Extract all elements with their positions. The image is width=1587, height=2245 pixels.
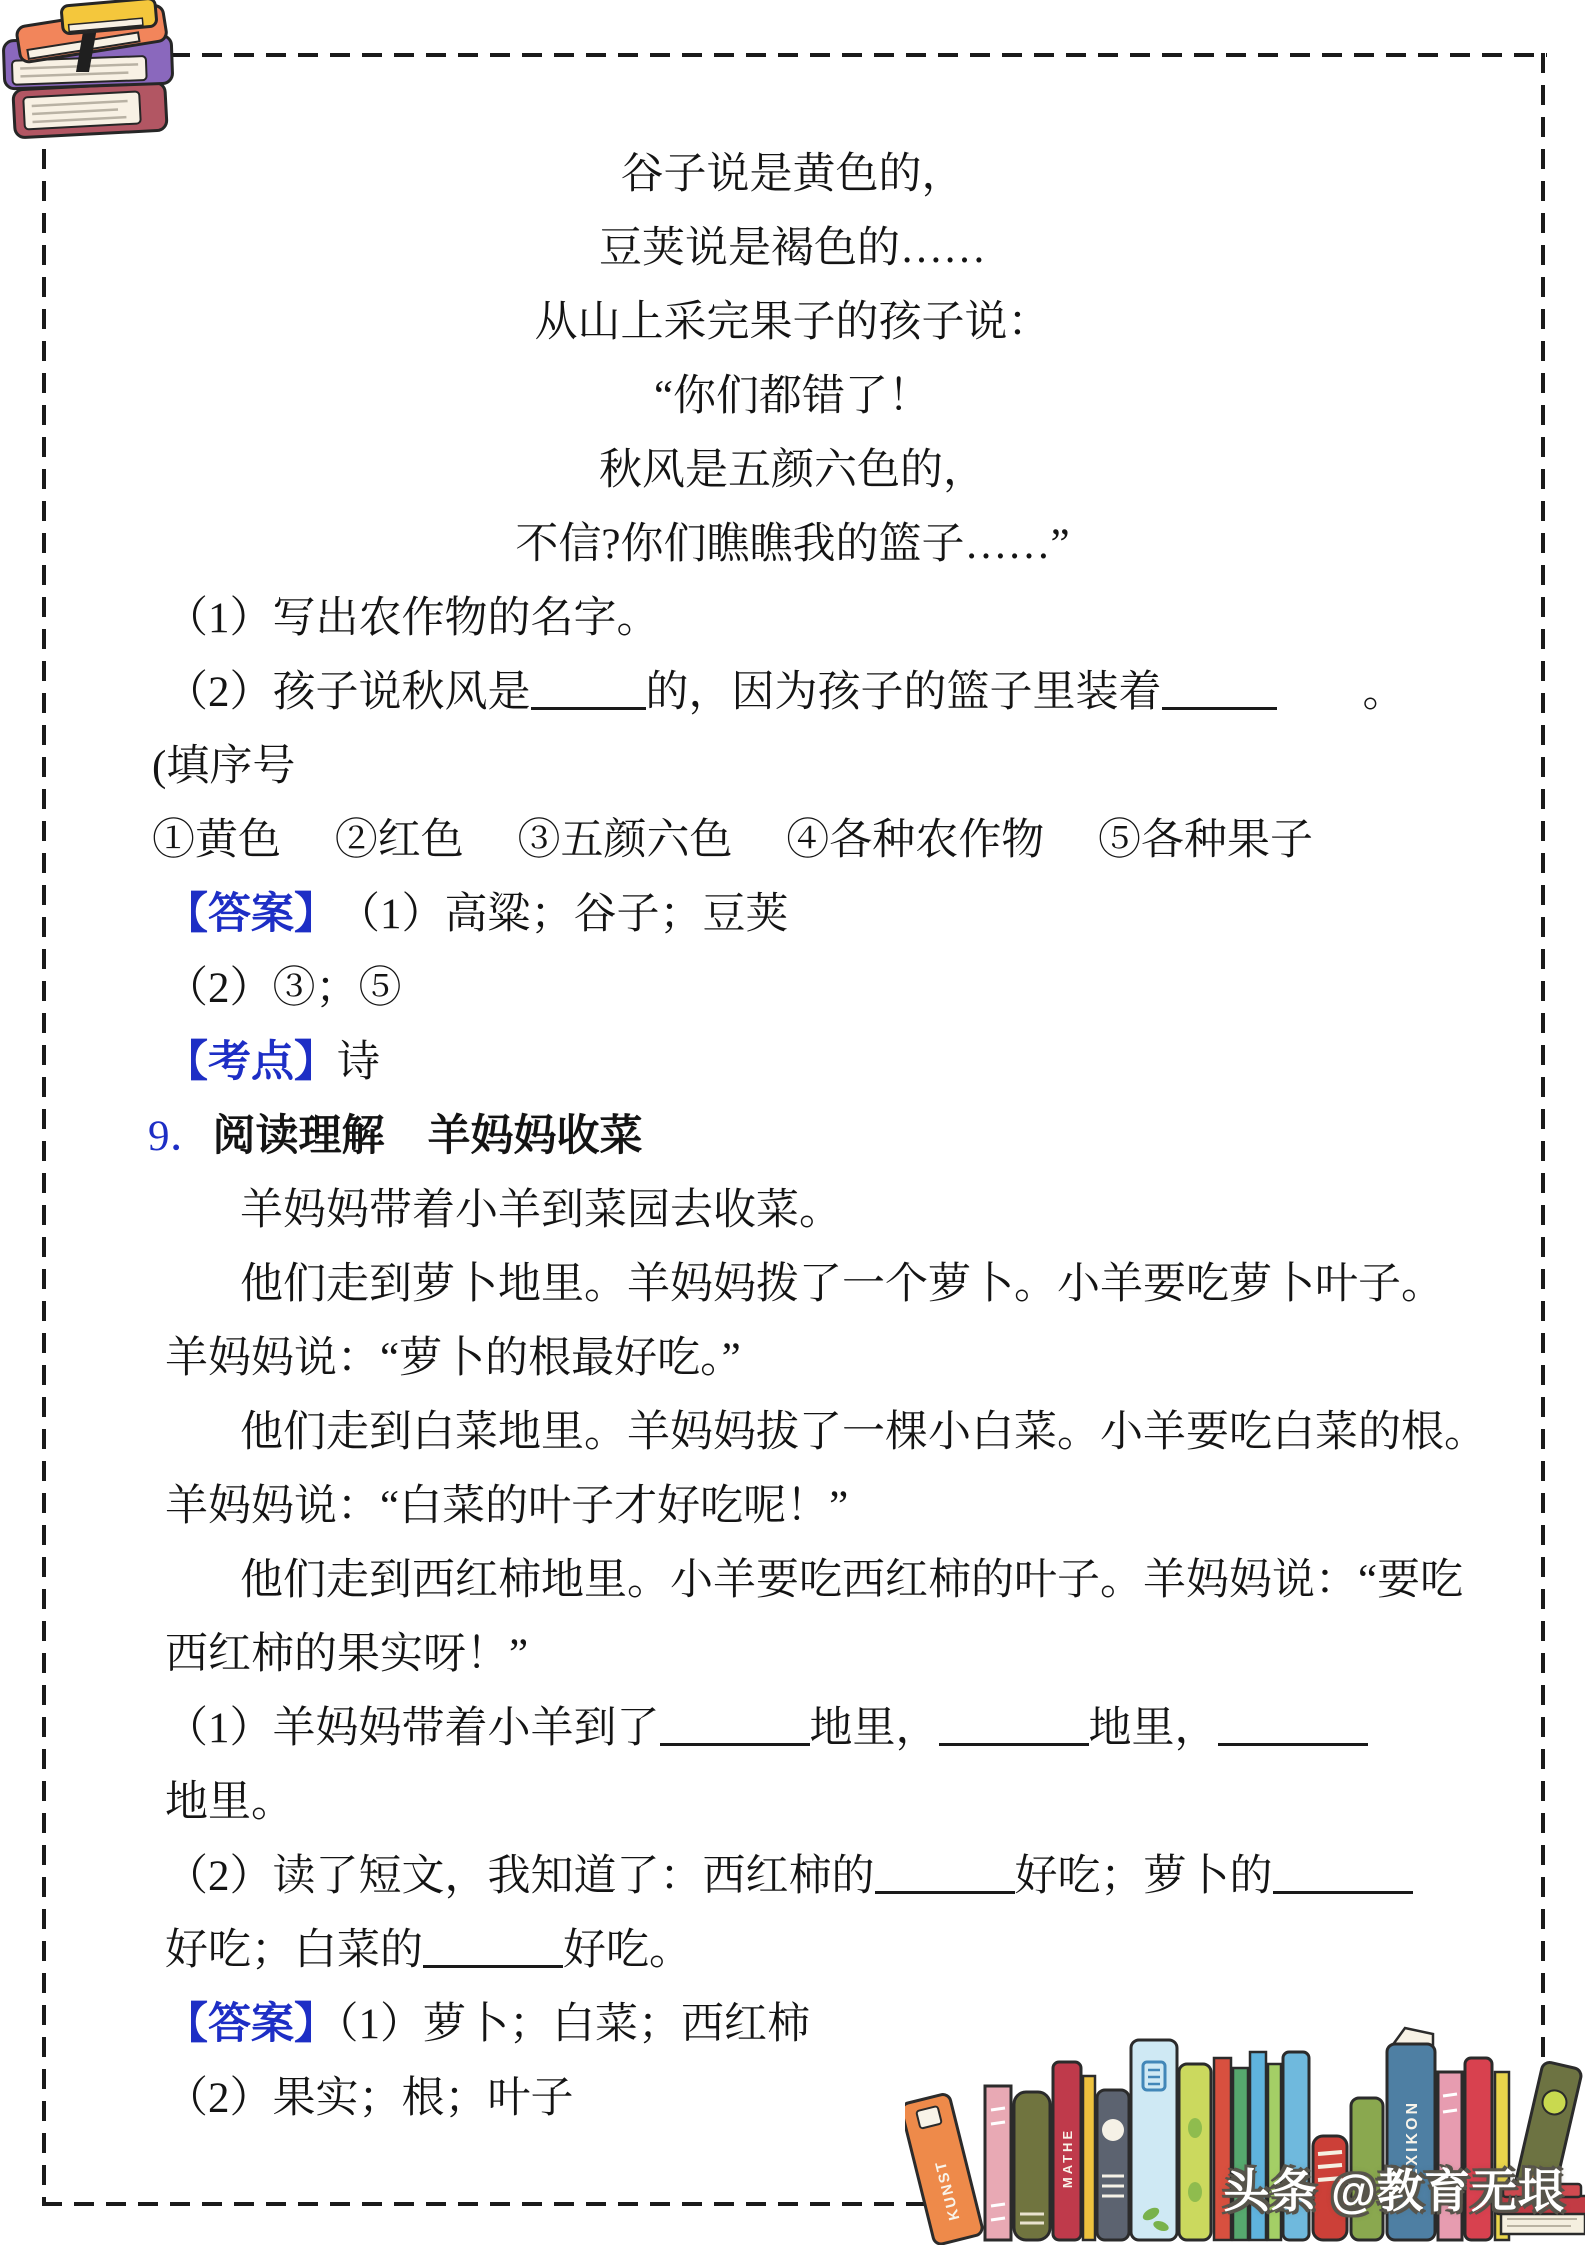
text-segment: 秋风是五颜六色的， — [599, 447, 986, 494]
text-segment: (填序号 — [152, 743, 295, 790]
text-line: 【考点】诗 — [42, 1026, 1543, 1100]
text-segment: 地里， — [810, 1705, 939, 1752]
worksheet-page: 谷子说是黄色的，豆荚说是褐色的……从山上采完果子的孩子说：“你们都错了！秋风是五… — [0, 0, 1587, 2245]
text-line: 豆荚说是褐色的…… — [42, 212, 1543, 286]
marker-text: 【考点】 — [165, 1039, 337, 1086]
dashed-border-top — [42, 53, 1547, 57]
text-segment: 他们走到萝卜地里。羊妈妈拨了一个萝卜。小羊要吃萝卜叶子。 — [240, 1261, 1444, 1308]
book-lime — [1179, 2064, 1211, 2240]
text-line: 羊妈妈带着小羊到菜园去收菜。 — [42, 1174, 1543, 1248]
text-line: ①黄色 ②红色 ③五颜六色 ④各种农作物 ⑤各种果子 — [42, 804, 1543, 878]
text-segment: 谷子说是黄色的， — [621, 151, 965, 198]
text-line: 谷子说是黄色的， — [42, 138, 1543, 212]
text-line: 【答案】 （1）高粱；谷子；豆荚 — [42, 878, 1543, 952]
blank-underline — [939, 1707, 1089, 1746]
watermark: 头条 @教育无垠 — [1223, 2155, 1565, 2221]
text-line: 9．阅读理解 羊妈妈收菜 — [42, 1100, 1543, 1174]
book-stack-illustration — [0, 0, 250, 185]
worksheet-content: 谷子说是黄色的，豆荚说是褐色的……从山上采完果子的孩子说：“你们都错了！秋风是五… — [42, 138, 1543, 2136]
text-segment: （2）读了短文，我知道了：西红柿的 — [165, 1853, 875, 1900]
text-segment: （1）萝卜；白菜；西红柿 — [337, 2001, 810, 2048]
book-spine-label: MATHE — [1060, 2128, 1075, 2188]
text-line: （1）写出农作物的名字。 — [42, 582, 1543, 656]
blank-underline — [1162, 671, 1277, 710]
text-segment: “你们都错了！ — [654, 373, 931, 420]
text-segment: （1）写出农作物的名字。 — [165, 595, 660, 642]
text-line: （2）③；⑤ — [42, 952, 1543, 1026]
text-line: 他们走到白菜地里。羊妈妈拔了一棵小白菜。小羊要吃白菜的根。 — [42, 1396, 1543, 1470]
book-slate — [1097, 2090, 1129, 2240]
book-paleblue — [1131, 2040, 1177, 2240]
text-segment: 的，因为孩子的篮子里装着 — [646, 669, 1162, 716]
book-olive — [1014, 2092, 1050, 2240]
text-line: 地里。 — [42, 1766, 1543, 1840]
text-line: 西红柿的果实呀！” — [42, 1618, 1543, 1692]
text-line: 秋风是五颜六色的， — [42, 434, 1543, 508]
blank-underline — [1218, 1707, 1368, 1746]
text-line: （2）读了短文，我知道了：西红柿的好吃；萝卜的 — [42, 1840, 1543, 1914]
text-segment: 豆荚说是褐色的…… — [599, 225, 986, 272]
blank-underline — [660, 1707, 810, 1746]
text-segment: 羊妈妈说：“白菜的叶子才好吃呢！” — [165, 1483, 848, 1530]
text-segment: 不信?你们瞧瞧我的篮子……” — [515, 521, 1069, 568]
text-segment: ①黄色 ②红色 ③五颜六色 ④各种农作物 ⑤各种果子 — [152, 817, 1313, 864]
text-segment: （2）果实；根；叶子 — [165, 2075, 574, 2122]
text-line: “你们都错了！ — [42, 360, 1543, 434]
blank-underline — [875, 1855, 1015, 1894]
text-line: 从山上采完果子的孩子说： — [42, 286, 1543, 360]
text-segment: 他们走到西红柿地里。小羊要吃西红柿的叶子。羊妈妈说：“要吃 — [240, 1557, 1463, 1604]
text-segment: 羊妈妈说：“萝卜的根最好吃。” — [165, 1335, 741, 1382]
text-segment: （2）孩子说秋风是 — [165, 669, 531, 716]
text-line: 羊妈妈说：“白菜的叶子才好吃呢！” — [42, 1470, 1543, 1544]
marker-text: 9． — [148, 1113, 213, 1160]
book-maroon — [13, 82, 167, 138]
text-line: （2）孩子说秋风是的，因为孩子的篮子里装着 。 — [42, 656, 1543, 730]
text-segment: 好吃；萝卜的 — [1015, 1853, 1273, 1900]
text-segment: 他们走到白菜地里。羊妈妈拔了一棵小白菜。小羊要吃白菜的根。 — [240, 1409, 1487, 1456]
blank-underline — [423, 1929, 563, 1968]
blank-underline — [1273, 1855, 1413, 1894]
text-line: (填序号 — [42, 730, 1543, 804]
text-segment: 好吃。 — [563, 1927, 692, 1974]
text-segment: （1）羊妈妈带着小羊到了 — [165, 1705, 660, 1752]
text-segment: 地里。 — [165, 1779, 294, 1826]
text-segment: 羊妈妈带着小羊到菜园去收菜。 — [240, 1187, 842, 1234]
book-yellow-sliver — [1083, 2076, 1095, 2240]
text-segment: 地里， — [1089, 1705, 1218, 1752]
text-segment: 诗 — [337, 1039, 380, 1086]
marker-text: 【答案】 — [165, 2001, 337, 2048]
text-segment: 阅读理解 羊妈妈收菜 — [213, 1113, 643, 1160]
blank-underline — [531, 671, 646, 710]
text-line: 羊妈妈说：“萝卜的根最好吃。” — [42, 1322, 1543, 1396]
book-mathe: MATHE — [1053, 2062, 1081, 2240]
text-segment: （1）高粱；谷子；豆荚 — [316, 891, 789, 938]
text-segment: 从山上采完果子的孩子说： — [535, 299, 1051, 346]
marker-text: 【答案】 — [165, 891, 316, 938]
text-line: 不信?你们瞧瞧我的篮子……” — [42, 508, 1543, 582]
text-segment: 西红柿的果实呀！” — [165, 1631, 528, 1678]
text-line: 他们走到西红柿地里。小羊要吃西红柿的叶子。羊妈妈说：“要吃 — [42, 1544, 1543, 1618]
text-segment: 。 — [1277, 669, 1406, 716]
text-line: 好吃；白菜的好吃。 — [42, 1914, 1543, 1988]
text-line: 他们走到萝卜地里。羊妈妈拨了一个萝卜。小羊要吃萝卜叶子。 — [42, 1248, 1543, 1322]
text-segment: 好吃；白菜的 — [165, 1927, 423, 1974]
book-pink-dashes — [985, 2086, 1011, 2240]
text-segment: （2）③；⑤ — [165, 965, 402, 1012]
text-line: （1）羊妈妈带着小羊到了地里，地里， — [42, 1692, 1543, 1766]
